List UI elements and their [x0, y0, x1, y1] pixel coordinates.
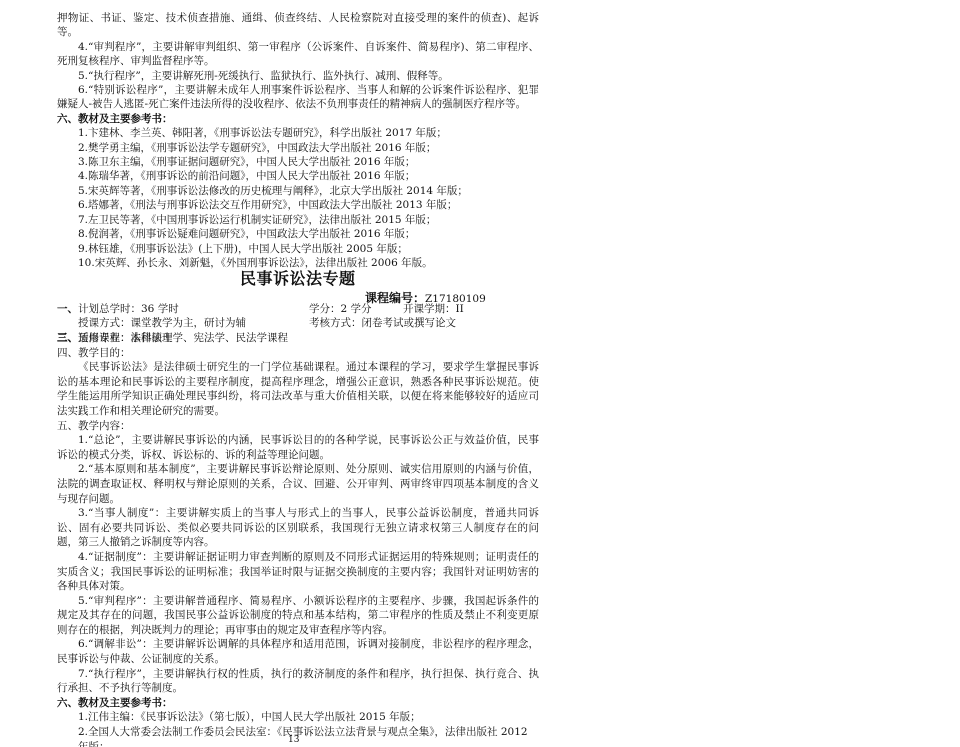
content-item: 3.“当事人制度”：主要讲解实质上的当事人与形式上的当事人，民事公益诉讼制度，普… — [57, 506, 539, 550]
course-body: 三、预修课程：本科法理学、宪法学、民法学课程 四、教学目的： 《民事诉讼法》是法… — [57, 331, 539, 747]
reference-item: 8.倪润著，《刑事诉讼疑难问题研究》，中国政法大学出版社 2016 年版； — [57, 227, 539, 241]
content-item: 4.“证据制度”：主要讲解证据证明力审查判断的原则及不同形式证据运用的特殊规则；… — [57, 550, 539, 594]
content-item: 5.“审判程序”：主要讲解普通程序、简易程序、小额诉讼程序的主要程序、步骤，我国… — [57, 594, 539, 638]
content-item: 1.“总论”，主要讲解民事诉讼的内涵，民事诉讼目的的各种学说，民事诉讼公正与效益… — [57, 433, 539, 462]
course-title: 民事诉讼法专题 — [240, 266, 356, 289]
reference-item: 7.左卫民等著，《中国刑事诉讼运行机制实证研究》，法律出版社 2015 年版； — [57, 213, 539, 227]
reference-list: 1.卞建林、李兰英、韩阳著，《刑事诉讼法专题研究》，科学出版社 2017 年版；… — [57, 126, 539, 270]
reference-item: 5.宋英辉等著，《刑事诉讼法修改的历史梳理与阐释》，北京大学出版社 2014 年… — [57, 184, 539, 198]
reference-item: 4.陈瑞华著，《刑事诉讼的前沿问题》，中国人民大学出版社 2016 年版； — [57, 169, 539, 183]
credits: 学分：2 学分 — [309, 302, 372, 316]
content-item: 7.“执行程序”，主要讲解执行权的性质，执行的救济制度的条件和程序，执行担保、执… — [57, 667, 539, 696]
reference-item: 9.林钰雄，《刑事诉讼法》(上下册)，中国人民大学出版社 2005 年版； — [57, 242, 539, 256]
refs-heading: 六、教材及主要参考书： — [57, 696, 539, 711]
objective-heading: 四、教学目的： — [57, 346, 539, 361]
reference-item: 6.塔娜著，《刑法与刑事诉讼法交互作用研究》，中国政法大学出版社 2013 年版… — [57, 198, 539, 212]
reference-item: 1.江伟主编：《民事诉讼法》（第七版），中国人民大学出版社 2015 年版； — [57, 710, 539, 725]
prerequisites: 三、预修课程：本科法理学、宪法学、民法学课程 — [57, 331, 539, 346]
content-item-5: 5.“执行程序”，主要讲解死刑-死缓执行、监狱执行、监外执行、减刑、假释等。 — [57, 69, 539, 83]
previous-course-tail: 押物证、书证、鉴定、技术侦查措施、通缉、侦查终结、人民检察院对直接受理的案件的侦… — [57, 11, 539, 270]
reference-item: 2.樊学勇主编，《刑事诉讼法学专题研究》，中国政法大学出版社 2016 年版； — [57, 141, 539, 155]
meta-section-number: 一、计划总学时：36 学时 — [57, 302, 179, 316]
page-number: 13 — [288, 735, 299, 745]
objective-body: 《民事诉讼法》是法律硕士研究生的一门学位基础课程。通过本课程的学习，要求学生掌握… — [57, 360, 539, 418]
content-item: 6.“调解非讼”：主要讲解诉讼调解的具体程序和适用范围，诉调对接制度，非讼程序的… — [57, 637, 539, 666]
meta-row-2: 授课方式：课堂教学为主，研讨为辅 考核方式：闭卷考试或撰写论文 — [57, 316, 539, 330]
content-item-6: 6.“特别诉讼程序”，主要讲解未成年人刑事案件诉讼程序、当事人和解的公诉案件诉讼… — [57, 83, 539, 112]
assessment-method: 考核方式：闭卷考试或撰写论文 — [309, 316, 456, 330]
continuation-paragraph: 押物证、书证、鉴定、技术侦查措施、通缉、侦查终结、人民检察院对直接受理的案件的侦… — [57, 11, 539, 40]
meta-row-1: 一、计划总学时：36 学时 学分：2 学分 开课学期：II — [57, 302, 539, 316]
refs-heading: 六、教材及主要参考书： — [57, 112, 539, 126]
reference-item: 3.陈卫东主编，《刑事证据问题研究》，中国人民大学出版社 2016 年版； — [57, 155, 539, 169]
content-item-4: 4.“审判程序”，主要讲解审判组织、第一审程序（公诉案件、自诉案件、简易程序)、… — [57, 40, 539, 69]
content-heading: 五、教学内容： — [57, 419, 539, 434]
total-hours: 计划总学时：36 学时 — [78, 303, 179, 315]
teaching-method: 授课方式：课堂教学为主，研讨为辅 — [78, 316, 246, 330]
term: 开课学期：II — [403, 302, 464, 316]
content-item: 2.“基本原则和基本制度”，主要讲解民事诉讼辩论原则、处分原则、诚实信用原则的内… — [57, 462, 539, 506]
reference-item: 1.卞建林、李兰英、韩阳著，《刑事诉讼法专题研究》，科学出版社 2017 年版； — [57, 126, 539, 140]
